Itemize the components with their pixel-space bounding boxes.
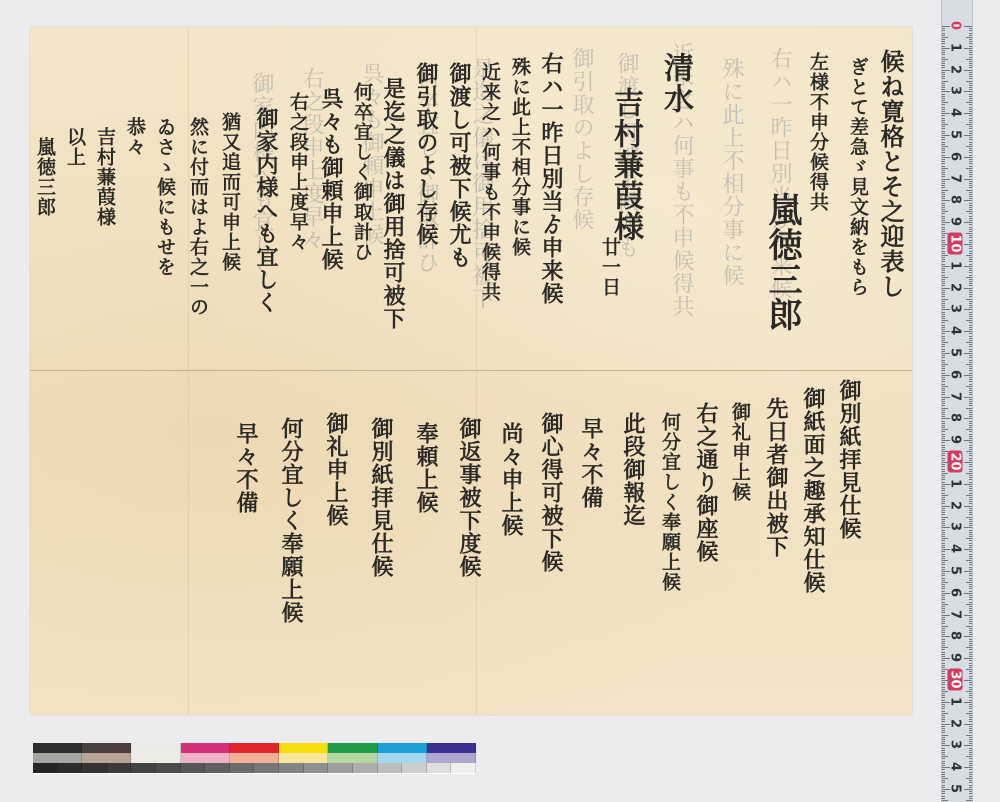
ruler-tick: [942, 479, 945, 480]
ruler-tick: [969, 52, 972, 53]
ruler-tick: [942, 98, 945, 99]
ruler-tick: [969, 599, 972, 600]
ruler-tick: [942, 434, 945, 435]
ruler-tick: [942, 152, 945, 153]
ruler-tick: [942, 200, 950, 201]
ruler-tick: [964, 179, 972, 180]
ruler-tick: [969, 421, 972, 422]
ruler-tick: [969, 479, 972, 480]
ruler-tick: [942, 150, 945, 151]
color-swatch: [378, 753, 427, 763]
ruler-tick: [969, 477, 972, 478]
ruler-tick: [969, 612, 972, 613]
ruler-tick: [942, 578, 945, 579]
ruler-tick: [969, 41, 972, 42]
ruler-tick: [966, 190, 972, 191]
ruler-tick: [969, 488, 972, 489]
ruler-tick: [942, 765, 945, 766]
ruler-tick: [942, 128, 945, 129]
ruler-tick: [942, 403, 945, 404]
color-swatch: [402, 763, 427, 773]
ruler-tick: [942, 543, 945, 544]
text-column: 猶又追而可申上候: [220, 112, 239, 272]
ruler-tick: [966, 277, 972, 278]
ruler-tick: [942, 414, 945, 415]
ruler-tick: [942, 227, 945, 228]
ruler-tick: [966, 320, 972, 321]
ruler-tick: [942, 623, 945, 624]
color-swatch: [181, 763, 206, 773]
ruler-tick: [969, 296, 972, 297]
text-column: 御引取のよし存候: [415, 62, 437, 246]
ruler-tick: [969, 782, 972, 783]
ruler-tick: [966, 735, 972, 736]
ruler-tick: [942, 752, 945, 753]
ruler-tick: [966, 364, 972, 365]
ruler-tick: [969, 466, 972, 467]
ruler-tick: [942, 113, 950, 114]
ruler-tick: [942, 292, 945, 293]
ruler-tick: [942, 148, 945, 149]
ruler-tick: [969, 261, 972, 262]
ruler-tick: [969, 425, 972, 426]
ruler-tick: [942, 65, 945, 66]
ruler-tick: [942, 608, 945, 609]
ruler-tick: [964, 244, 972, 245]
ruler-tick: [969, 318, 972, 319]
ruler-tick: [942, 349, 945, 350]
text-column: 奉頼上候: [415, 422, 437, 514]
ruler-tick: [942, 94, 945, 95]
ruler-tick: [964, 462, 972, 463]
color-swatch: [205, 763, 230, 773]
ruler-tick: [942, 754, 945, 755]
measurement-ruler: 012345678910123456789201234567893012345: [941, 0, 973, 802]
ruler-tick: [942, 780, 945, 781]
ruler-tick: [942, 224, 945, 225]
ruler-tick: [942, 290, 945, 291]
color-swatch: [378, 763, 403, 773]
ruler-tick: [969, 279, 972, 280]
ruler-tick: [969, 283, 972, 284]
ruler-tick: [942, 791, 945, 792]
ruler-tick: [969, 578, 972, 579]
ruler-tick: [969, 65, 972, 66]
ruler-tick: [942, 327, 945, 328]
ruler-tick: [964, 288, 972, 289]
ruler-tick: [942, 322, 945, 323]
ruler-tick: [942, 549, 950, 550]
ruler-tick: [942, 296, 945, 297]
ruler-tick: [942, 279, 945, 280]
ruler-tick: [942, 501, 945, 502]
ruler-tick: [942, 630, 945, 631]
ruler-tick: [969, 704, 972, 705]
ruler-tick: [969, 445, 972, 446]
ruler-tick: [942, 488, 945, 489]
ruler-tick: [942, 209, 945, 210]
ruler-tick: [942, 545, 945, 546]
ruler-tick: [942, 294, 945, 295]
color-swatch: [131, 743, 180, 753]
ruler-tick: [969, 357, 972, 358]
ruler-tick: [969, 737, 972, 738]
ruler-tick: [966, 81, 972, 82]
ruler-tick: [969, 285, 972, 286]
color-swatch: [328, 743, 377, 753]
ruler-tick: [969, 30, 972, 31]
ruler-tick: [942, 787, 945, 788]
ruler-tick: [969, 414, 972, 415]
ruler-tick: [942, 634, 945, 635]
text-column: 御渡し可被下候尤も: [448, 62, 470, 269]
ruler-tick: [942, 248, 945, 249]
ruler-tick: [942, 421, 945, 422]
ruler-tick: [964, 331, 972, 332]
ruler-tick: [942, 595, 945, 596]
ruler-tick: [942, 697, 945, 698]
ruler-tick: [969, 155, 972, 156]
ruler-tick: [969, 192, 972, 193]
ruler-tick: [942, 218, 945, 219]
ruler-tick: [942, 580, 945, 581]
ruler-tick: [942, 782, 945, 783]
ruler-tick: [966, 756, 972, 757]
ruler-tick: [969, 558, 972, 559]
ruler-tick: [942, 63, 945, 64]
ruler-tick: [964, 484, 972, 485]
ruler-tick: [969, 137, 972, 138]
ruler-tick: [942, 519, 945, 520]
ruler-tick: [969, 763, 972, 764]
ruler-tick: [969, 708, 972, 709]
ruler-tick: [969, 377, 972, 378]
ruler-tick: [942, 612, 945, 613]
color-row-pastel: [33, 753, 476, 763]
ruler-tick: [969, 83, 972, 84]
ruler-tick: [942, 525, 945, 526]
ruler-tick: [942, 381, 945, 382]
ruler-tick: [942, 602, 945, 603]
ruler-tick: [942, 340, 945, 341]
ruler-tick: [942, 776, 945, 777]
ruler-tick: [942, 573, 945, 574]
ruler-tick: [966, 582, 972, 583]
ruler-tick: [969, 455, 972, 456]
text-column: 先日者御出被下: [765, 397, 787, 558]
ruler-tick: [969, 253, 972, 254]
ruler-tick: [942, 275, 945, 276]
ruler-tick: [969, 368, 972, 369]
ruler-tick: [969, 656, 972, 657]
ruler-tick: [942, 711, 945, 712]
ruler-tick: [942, 270, 945, 271]
ruler-tick: [969, 76, 972, 77]
ruler-tick: [942, 636, 950, 637]
ruler-tick: [969, 580, 972, 581]
ruler-tick: [969, 501, 972, 502]
ruler-tick: [969, 490, 972, 491]
ruler-tick: [942, 562, 945, 563]
ruler-tick: [966, 560, 972, 561]
ruler-tick: [942, 588, 945, 589]
ruler-tick: [969, 706, 972, 707]
ruler-tick: [969, 139, 972, 140]
ruler-tick: [969, 54, 972, 55]
ruler-tick: [969, 220, 972, 221]
ruler-tick: [942, 455, 945, 456]
ruler-tick: [942, 166, 945, 167]
ruler-tick: [969, 534, 972, 535]
ruler-tick: [942, 512, 945, 513]
color-swatch: [33, 753, 82, 763]
ruler-tick: [942, 527, 950, 528]
text-column: 早々不備: [235, 422, 257, 514]
ruler-tick: [969, 512, 972, 513]
ruler-tick: [969, 567, 972, 568]
ruler-tick: [942, 730, 945, 731]
ruler-tick: [969, 523, 972, 524]
ruler-tick: [969, 785, 972, 786]
ruler-tick: [942, 652, 945, 653]
ruler-tick: [942, 405, 945, 406]
ruler-tick: [969, 665, 972, 666]
ruler-tick: [969, 780, 972, 781]
ruler-tick: [942, 155, 945, 156]
ruler-tick: [969, 74, 972, 75]
ruler-tick: [969, 346, 972, 347]
text-column: 御礼申上候: [325, 412, 347, 527]
ruler-tick: [969, 595, 972, 596]
ruler-tick: [969, 381, 972, 382]
ruler-tick: [942, 717, 945, 718]
ruler-tick: [969, 719, 972, 720]
ruler-tick: [969, 203, 972, 204]
ruler-tick: [964, 70, 972, 71]
ruler-tick: [942, 48, 950, 49]
ruler-tick: [966, 408, 972, 409]
ruler-tick: [942, 272, 945, 273]
ruler-tick: [942, 510, 945, 511]
ruler-tick: [969, 436, 972, 437]
ruler-tick: [942, 285, 945, 286]
ruler-tick: [942, 695, 945, 696]
ruler-tick: [969, 144, 972, 145]
ruler-tick: [969, 632, 972, 633]
ruler-tick: [942, 682, 945, 683]
ruler-tick: [942, 142, 945, 143]
ruler-tick: [942, 360, 945, 361]
ruler-tick: [964, 113, 972, 114]
ruler-tick: [969, 743, 972, 744]
color-swatch: [328, 753, 377, 763]
ruler-tick: [964, 418, 972, 419]
ruler-tick: [969, 176, 972, 177]
ruler-tick: [942, 591, 945, 592]
text-column: 以上: [65, 127, 84, 167]
ruler-tick: [969, 469, 972, 470]
ruler-tick: [969, 163, 972, 164]
ruler-tick: [942, 46, 945, 47]
ruler-tick: [942, 660, 945, 661]
text-column: 御別紙拝見仕候: [838, 379, 860, 540]
color-swatch: [279, 763, 304, 773]
ruler-tick: [942, 120, 945, 121]
ruler-tick: [969, 438, 972, 439]
text-column: 殊に此上不相分事に候: [510, 57, 529, 257]
ruler-tick: [942, 416, 945, 417]
ruler-tick: [969, 384, 972, 385]
ruler-tick: [942, 530, 945, 531]
grayscale-row: [33, 763, 476, 773]
ruler-tick: [969, 43, 972, 44]
ruler-tick: [942, 567, 945, 568]
ruler-tick: [969, 292, 972, 293]
ruler-tick: [942, 251, 945, 252]
ruler-tick: [969, 717, 972, 718]
ruler-tick: [969, 431, 972, 432]
ruler-tick: [966, 800, 972, 801]
color-swatch: [279, 753, 328, 763]
ruler-tick: [964, 26, 972, 27]
ruler-tick: [969, 621, 972, 622]
ruler-tick: [969, 693, 972, 694]
ruler-tick: [942, 338, 945, 339]
ruler-tick: [942, 732, 945, 733]
ruler-tick: [969, 185, 972, 186]
ruler-tick: [969, 643, 972, 644]
ruler-tick: [942, 571, 950, 572]
ruler-tick: [966, 473, 972, 474]
text-column: 清水: [660, 52, 690, 114]
ruler-tick: [969, 663, 972, 664]
ruler-tick: [969, 268, 972, 269]
ruler-tick: [942, 706, 945, 707]
ruler-tick: [969, 610, 972, 611]
ruler-tick: [942, 157, 950, 158]
text-column: 御家内様へも宜しく: [255, 107, 277, 314]
ruler-tick: [942, 447, 945, 448]
ruler-tick: [942, 61, 945, 62]
ruler-tick: [969, 482, 972, 483]
ruler-tick: [942, 83, 945, 84]
ruler-tick: [969, 652, 972, 653]
ruler-tick: [969, 591, 972, 592]
ruler-tick: [942, 28, 945, 29]
ruler-tick: [969, 373, 972, 374]
ruler-tick: [969, 224, 972, 225]
ruler-tick: [942, 231, 945, 232]
ruler-tick: [942, 427, 945, 428]
ruler-tick: [969, 628, 972, 629]
color-swatch: [378, 743, 427, 753]
ruler-tick: [942, 719, 945, 720]
ruler-tick: [969, 765, 972, 766]
text-column: 何分宜しく奉願上候: [280, 417, 302, 624]
ruler-tick: [964, 658, 972, 659]
ruler-tick: [969, 575, 972, 576]
ruler-tick: [969, 303, 972, 304]
ruler-tick: [942, 464, 945, 465]
ruler-tick: [969, 100, 972, 101]
ruler-tick: [942, 758, 945, 759]
text-column: 早々不備: [580, 417, 602, 509]
text-column: 呉々も御頼申上候: [320, 87, 342, 271]
ruler-tick: [969, 493, 972, 494]
ruler-tick: [942, 486, 945, 487]
ruler-tick: [969, 370, 972, 371]
ruler-tick: [964, 353, 972, 354]
ruler-tick: [966, 37, 972, 38]
text-column: 何卒宜しく御取計ひ: [352, 82, 371, 262]
ruler-tick: [969, 301, 972, 302]
ruler-tick: [964, 527, 972, 528]
ruler-tick: [942, 240, 945, 241]
ruler-tick: [942, 410, 945, 411]
ruler-tick: [942, 133, 945, 134]
ruler-tick: [964, 309, 972, 310]
ruler-tick: [969, 660, 972, 661]
ruler-tick: [942, 303, 945, 304]
ruler-tick: [969, 564, 972, 565]
ruler-tick: [942, 131, 945, 132]
ruler-tick: [942, 743, 945, 744]
ruler-tick: [969, 503, 972, 504]
ruler-tick: [969, 344, 972, 345]
ruler-tick: [942, 606, 945, 607]
ruler-tick: [969, 338, 972, 339]
ruler-tick: [969, 257, 972, 258]
ruler-tick: [966, 691, 972, 692]
ruler-tick: [942, 288, 950, 289]
ruler-tick: [942, 482, 945, 483]
ruler-tick: [969, 403, 972, 404]
ruler-tick: [964, 135, 972, 136]
ruler-tick: [969, 796, 972, 797]
ruler-tick: [969, 530, 972, 531]
ruler-tick: [966, 429, 972, 430]
ruler-tick: [942, 57, 945, 58]
ruler-tick: [964, 157, 972, 158]
ruler-tick: [942, 312, 945, 313]
ruler-tick: [969, 728, 972, 729]
ruler-tick: [969, 366, 972, 367]
ruler-tick: [942, 684, 945, 685]
ruler-tick: [942, 493, 945, 494]
ruler-tick: [969, 107, 972, 108]
ruler-tick: [969, 351, 972, 352]
ruler-tick: [969, 394, 972, 395]
ruler-tick: [942, 440, 950, 441]
recipient-name: 吉村蒹葭様: [610, 87, 640, 242]
ruler-tick: [942, 390, 945, 391]
ruler-tick: [942, 503, 945, 504]
ruler-tick: [969, 46, 972, 47]
ruler-tick: [942, 761, 945, 762]
ruler-tick: [969, 272, 972, 273]
ruler-tick: [969, 453, 972, 454]
ruler-tick: [969, 327, 972, 328]
ruler-tick: [942, 532, 945, 533]
ruler-tick: [942, 67, 945, 68]
ruler-tick: [969, 120, 972, 121]
color-swatch: [82, 753, 131, 763]
ruler-tick: [969, 115, 972, 116]
ruler-tick: [942, 593, 950, 594]
ruler-tick: [969, 774, 972, 775]
ruler-tick: [942, 412, 945, 413]
ruler-tick: [942, 460, 945, 461]
